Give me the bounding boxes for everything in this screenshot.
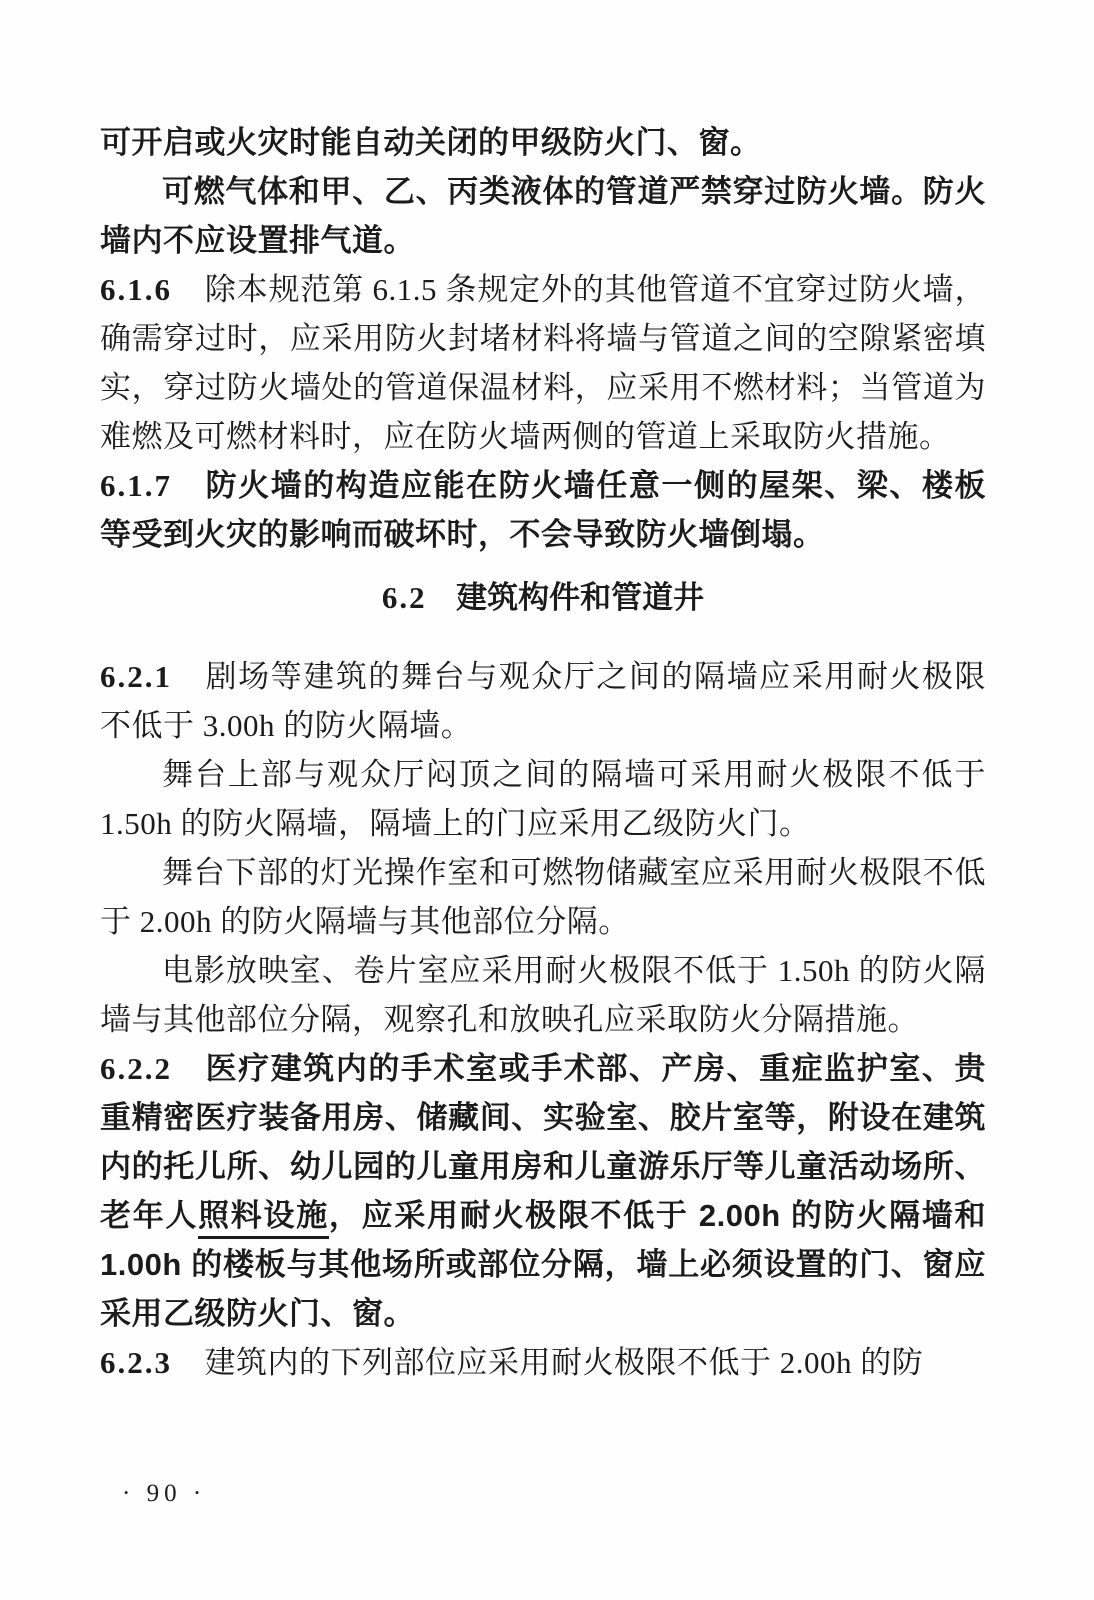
revision-underlined-text: 照料设施 (198, 1198, 329, 1239)
clause-text: 建筑内的下列部位应采用耐火极限不低于 2.00h 的防 (205, 1345, 924, 1380)
clause-6-2-1-stage-upper-paragraph: 舞台上部与观众厅闷顶之间的隔墙可采用耐火极限不低于 1.50h 的防火隔墙，隔墙… (100, 750, 986, 848)
clause-number: 6.2.3 (100, 1345, 172, 1380)
paragraph-text: 舞台下部的灯光操作室和可燃物储藏室应采用耐火极限不低于 2.00h 的防火隔墙与… (100, 855, 986, 939)
clause-6-1-5-continuation-paragraph: 可开启或火灾时能自动关闭的甲级防火门、窗。 (100, 118, 986, 167)
paragraph-text: 电影放映室、卷片室应采用耐火极限不低于 1.50h 的防火隔墙与其他部位分隔，观… (100, 953, 986, 1037)
clause-6-1-5-gas-pipes-paragraph: 可燃气体和甲、乙、丙类液体的管道严禁穿过防火墙。防火墙内不应设置排气道。 (100, 167, 986, 265)
clause-6-1-7-paragraph: 6.1.7防火墙的构造应能在防火墙任意一侧的屋架、梁、楼板等受到火灾的影响而破坏… (100, 461, 986, 559)
clause-text: 剧场等建筑的舞台与观众厅之间的隔墙应采用耐火极限不低于 3.00h 的防火隔墙。 (100, 659, 986, 743)
clause-text: 除本规范第 6.1.5 条规定外的其他管道不宜穿过防火墙，确需穿过时，应采用防火… (100, 272, 986, 454)
page-number: · 90 · (122, 1480, 206, 1508)
paragraph-text: 舞台上部与观众厅闷顶之间的隔墙可采用耐火极限不低于 1.50h 的防火隔墙，隔墙… (100, 757, 986, 841)
clause-number: 6.1.7 (100, 468, 172, 503)
clause-6-2-1-paragraph: 6.2.1剧场等建筑的舞台与观众厅之间的隔墙应采用耐火极限不低于 3.00h 的… (100, 652, 986, 750)
paragraph-text: 可燃气体和甲、乙、丙类液体的管道严禁穿过防火墙。防火墙内不应设置排气道。 (100, 174, 986, 258)
section-title: 建筑构件和管道井 (456, 580, 704, 615)
clause-number: 6.2.2 (100, 1051, 172, 1086)
clause-number: 6.1.6 (100, 272, 172, 307)
clause-6-2-1-projection-room-paragraph: 电影放映室、卷片室应采用耐火极限不低于 1.50h 的防火隔墙与其他部位分隔，观… (100, 946, 986, 1044)
clause-text: 防火墙的构造应能在防火墙任意一侧的屋架、梁、楼板等受到火灾的影响而破坏时，不会导… (100, 468, 986, 552)
paragraph-text: 可开启或火灾时能自动关闭的甲级防火门、窗。 (100, 125, 762, 160)
section-number: 6.2 (382, 580, 427, 615)
section-heading-6-2: 6.2建筑构件和管道井 (100, 573, 986, 622)
clause-6-1-6-paragraph: 6.1.6除本规范第 6.1.5 条规定外的其他管道不宜穿过防火墙，确需穿过时，… (100, 265, 986, 461)
clause-number: 6.2.1 (100, 659, 172, 694)
clause-6-2-3-paragraph: 6.2.3建筑内的下列部位应采用耐火极限不低于 2.00h 的防 (100, 1338, 986, 1387)
clause-6-2-1-stage-lower-paragraph: 舞台下部的灯光操作室和可燃物储藏室应采用耐火极限不低于 2.00h 的防火隔墙与… (100, 848, 986, 946)
clause-6-2-2-paragraph: 6.2.2医疗建筑内的手术室或手术部、产房、重症监护室、贵重精密医疗装备用房、储… (100, 1044, 986, 1338)
document-page: 可开启或火灾时能自动关闭的甲级防火门、窗。 可燃气体和甲、乙、丙类液体的管道严禁… (0, 0, 1094, 1600)
